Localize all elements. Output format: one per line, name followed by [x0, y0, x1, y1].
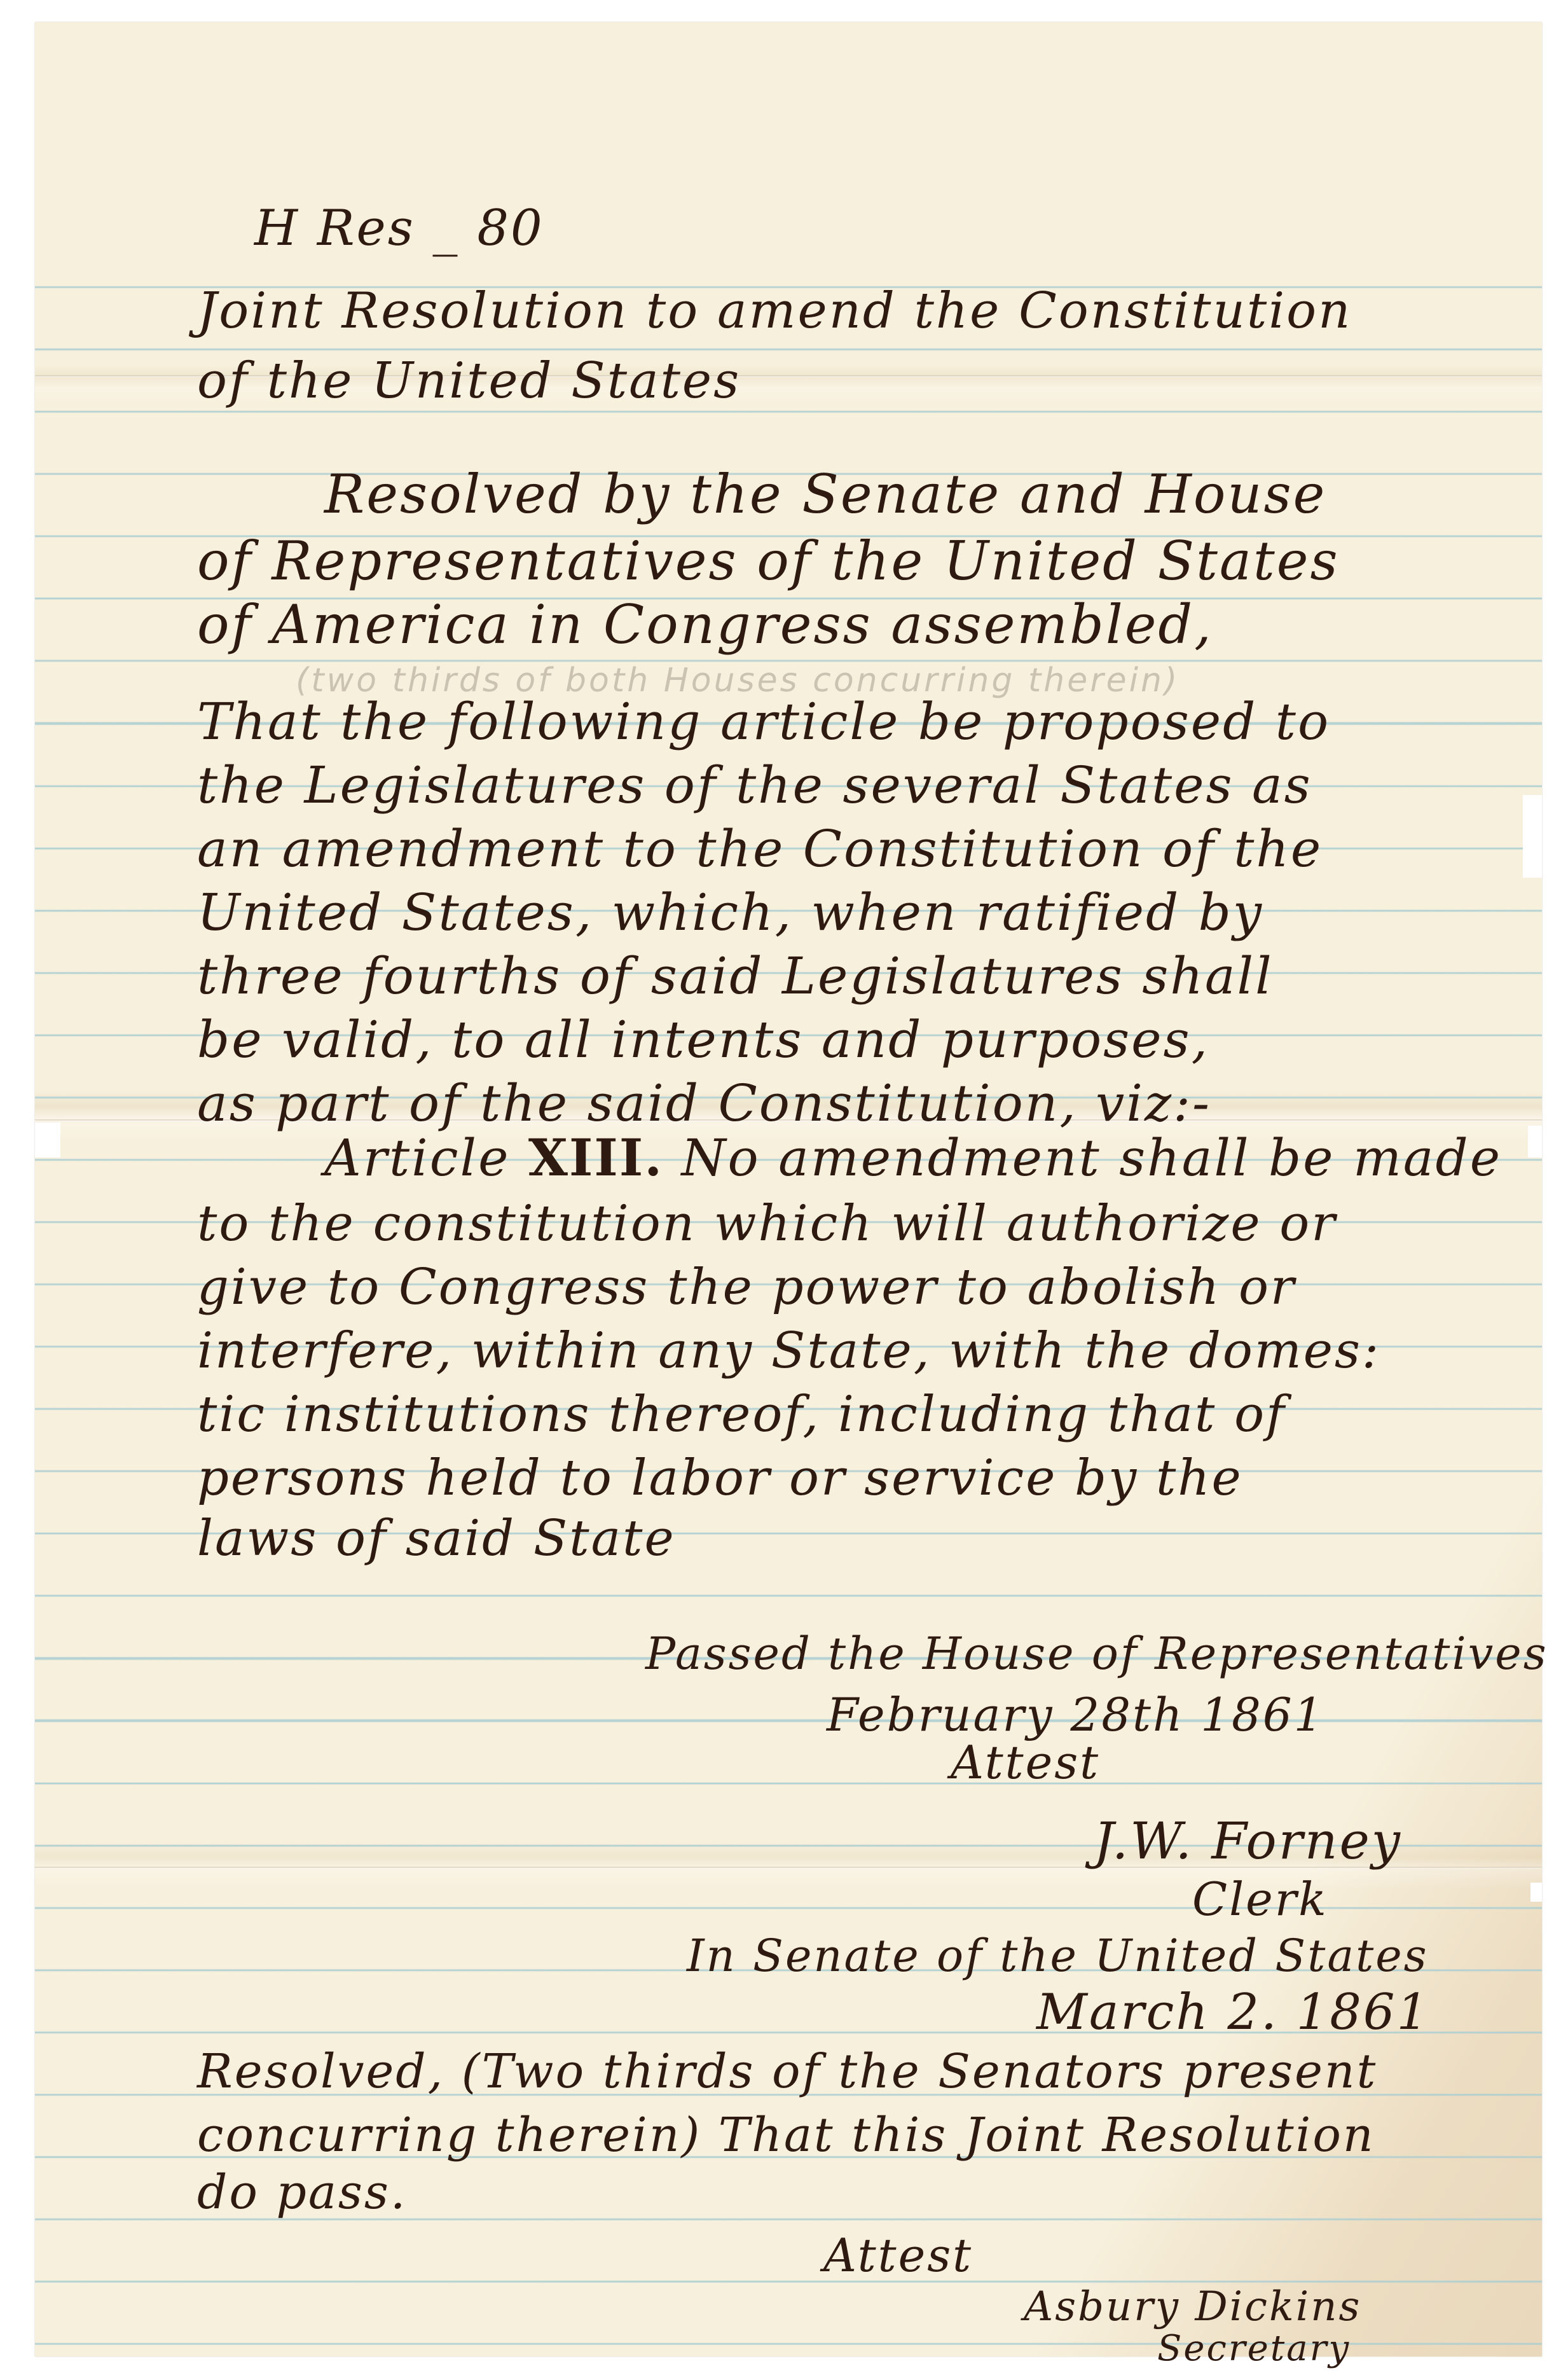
article-line-5: tic institutions thereof, including that… [197, 1390, 1286, 1439]
torn-notch-right [1528, 1126, 1542, 1158]
senate-date: March 2. 1861 [1036, 1988, 1430, 2037]
body-line-1: Resolved by the Senate and House [324, 467, 1326, 521]
blank-top-margin [35, 22, 1542, 229]
body-line-3: of America in Congress assembled, [197, 598, 1213, 651]
article-label: Article [324, 1128, 510, 1187]
article-line-3: give to Congress the power to abolish or [197, 1263, 1296, 1312]
resolution-title-line-1: Joint Resolution to amend the Constituti… [197, 286, 1352, 336]
body-line-7: United States, which, when ratified by [197, 887, 1263, 938]
house-attest-label: Attest [951, 1740, 1100, 1785]
resolution-number: H Res _ 80 [254, 204, 544, 253]
article-line-4: interfere, within any State, with the do… [197, 1326, 1380, 1376]
torn-edge-right-upper [1523, 795, 1542, 878]
torn-notch-right-lower [1530, 1883, 1542, 1902]
article-line-6: persons held to labor or service by the [197, 1453, 1243, 1503]
article-first-line-text: No amendment shall be made [682, 1128, 1503, 1187]
article-numeral: XIII. [528, 1128, 663, 1187]
document-page: H Res _ 80 Joint Resolution to amend the… [35, 22, 1542, 2356]
body-line-10: as part of the said Constitution, viz:- [197, 1078, 1211, 1129]
resolution-title-line-2: of the United States [197, 356, 741, 406]
article-line-2: to the constitution which will authorize… [197, 1199, 1337, 1249]
senate-resolution-line-3: do pass. [197, 2169, 407, 2216]
house-passed-date: February 28th 1861 [827, 1692, 1324, 1738]
secretary-title: Secretary [1157, 2331, 1351, 2367]
body-line-2: of Representatives of the United States [197, 534, 1340, 588]
secretary-signature: Asbury Dickins [1024, 2287, 1361, 2327]
body-line-5: the Legislatures of the several States a… [197, 760, 1312, 811]
article-line-7: laws of said State [197, 1514, 676, 1563]
article-first-line: Article XIII. No amendment shall be made [324, 1132, 1502, 1184]
house-passed-line: Passed the House of Representatives [645, 1631, 1548, 1676]
body-line-4: That the following article be proposed t… [197, 696, 1330, 747]
body-line-8: three fourths of said Legislatures shall [197, 951, 1274, 1002]
torn-notch-left [35, 1123, 60, 1158]
body-line-6: an amendment to the Constitution of the [197, 824, 1323, 875]
senate-attest-label: Attest [823, 2232, 973, 2278]
clerk-title: Clerk [1192, 1876, 1328, 1922]
body-line-9: be valid, to all intents and purposes, [197, 1014, 1209, 1065]
senate-resolution-line-1: Resolved, (Two thirds of the Senators pr… [197, 2048, 1377, 2095]
clerk-signature: J.W. Forney [1094, 1816, 1402, 1867]
senate-heading: In Senate of the United States [687, 1934, 1429, 1978]
senate-resolution-line-2: concurring therein) That this Joint Reso… [197, 2112, 1375, 2159]
